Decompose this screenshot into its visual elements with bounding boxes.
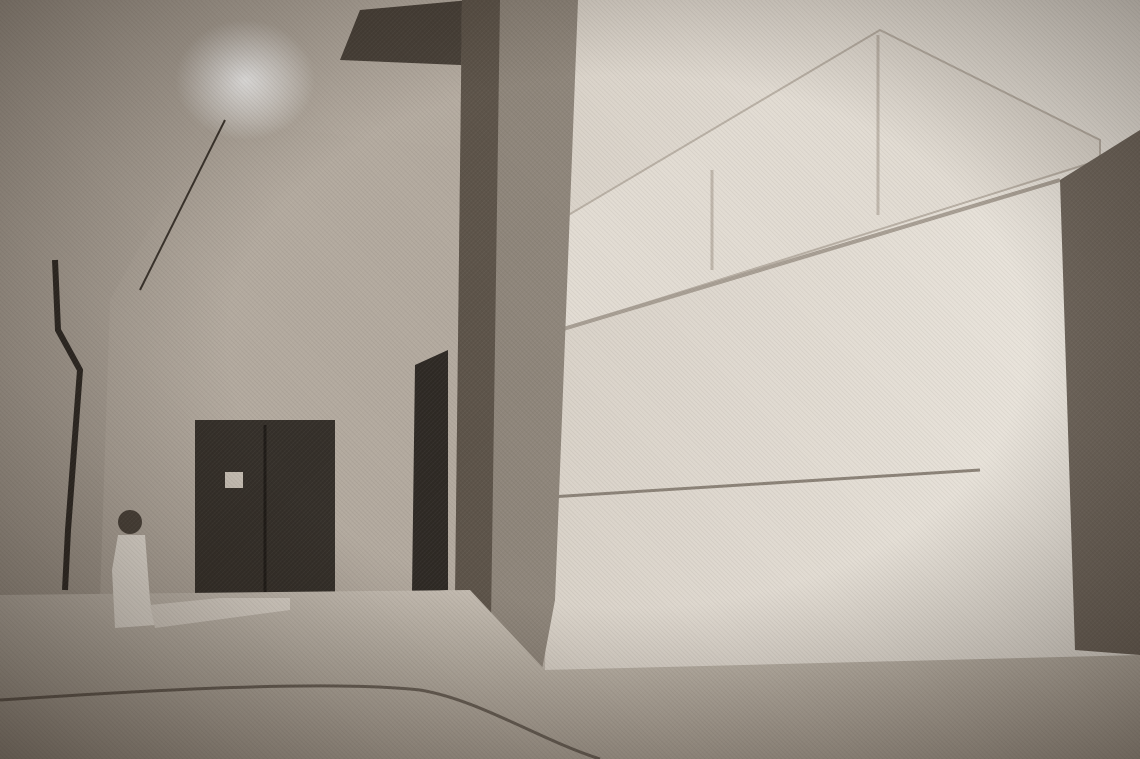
side-doorway xyxy=(412,350,448,592)
warehouse-photo xyxy=(0,0,1140,759)
scene xyxy=(0,0,1140,759)
fluorescent-light xyxy=(175,20,315,140)
